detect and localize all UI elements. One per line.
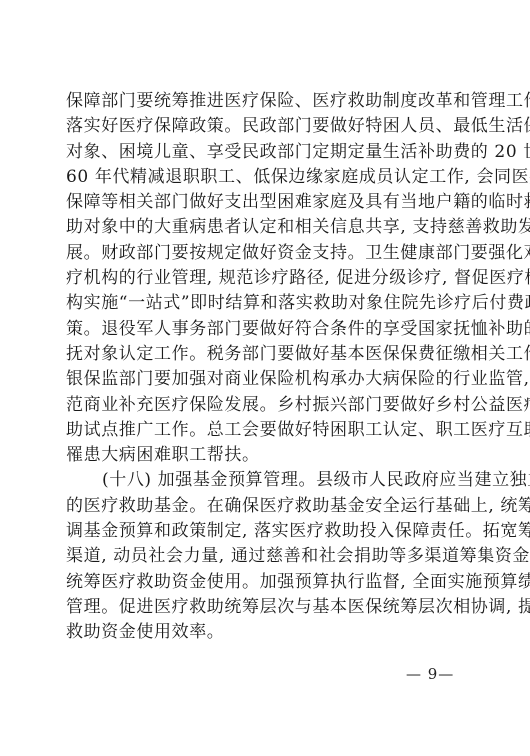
text-line: 管理。促进医疗救助统筹层次与基本医保统筹层次相协调, 提高 xyxy=(66,595,462,620)
page-number: — 9— xyxy=(406,664,454,684)
text-line: 的医疗救助基金。在确保医疗救助基金安全运行基础上, 统筹协 xyxy=(66,494,462,519)
text-line: 银保监部门要加强对商业保险机构承办大病保险的行业监管, 规 xyxy=(66,367,462,392)
paragraph-fund-budget-management: (十八) 加强基金预算管理。县级市人民政府应当建立独立 的医疗救助基金。在确保医… xyxy=(66,468,466,645)
text-line: 落实好医疗保障政策。民政部门要做好特困人员、最低生活保障 xyxy=(66,114,462,139)
text-line: 对象、困境儿童、享受民政部门定期定量生活补助费的 20 世纪 xyxy=(66,140,462,165)
text-line: 抚对象认定工作。税务部门要做好基本医保保费征缴相关工作。 xyxy=(66,342,462,367)
text-line: 统筹医疗救助资金使用。加强预算执行监督, 全面实施预算绩效 xyxy=(66,570,462,595)
text-line: 调基金预算和政策制定, 落实医疗救助投入保障责任。拓宽筹资 xyxy=(66,519,462,544)
text-line: 渠道, 动员社会力量, 通过慈善和社会捐助等多渠道筹集资金, xyxy=(66,544,462,569)
text-line: 助试点推广工作。总工会要做好特困职工认定、职工医疗互助和 xyxy=(66,418,462,443)
text-line: 60 年代精减退职职工、低保边缘家庭成员认定工作, 会同医疗 xyxy=(66,165,462,190)
text-line: 范商业补充医疗保险发展。乡村振兴部门要做好乡村公益医疗互 xyxy=(66,393,462,418)
text-line: 助对象中的大重病患者认定和相关信息共享, 支持慈善救助发 xyxy=(66,215,462,240)
text-line: 保障部门要统筹推进医疗保险、医疗救助制度改革和管理工作, xyxy=(66,89,462,114)
text-line: 救助资金使用效率。 xyxy=(66,620,462,645)
text-line: 疗机构的行业管理, 规范诊疗路径, 促进分级诊疗, 督促医疗机 xyxy=(66,266,462,291)
text-line: 构实施“一站式”即时结算和落实救助对象住院先诊疗后付费政 xyxy=(66,291,462,316)
text-line: 策。退役军人事务部门要做好符合条件的享受国家抚恤补助的优 xyxy=(66,317,462,342)
body-text: 保障部门要统筹推进医疗保险、医疗救助制度改革和管理工作, 落实好医疗保障政策。民… xyxy=(66,89,466,646)
paragraph-departments-duties: 保障部门要统筹推进医疗保险、医疗救助制度改革和管理工作, 落实好医疗保障政策。民… xyxy=(66,89,466,468)
section-heading-line: (十八) 加强基金预算管理。县级市人民政府应当建立独立 xyxy=(66,468,462,493)
text-line: 罹患大病困难职工帮扶。 xyxy=(66,443,462,468)
text-line: 保障等相关部门做好支出型困难家庭及具有当地户籍的临时救 xyxy=(66,190,462,215)
document-page: 保障部门要统筹推进医疗保险、医疗救助制度改革和管理工作, 落实好医疗保障政策。民… xyxy=(0,0,530,756)
text-line: 展。财政部门要按规定做好资金支持。卫生健康部门要强化对医 xyxy=(66,241,462,266)
